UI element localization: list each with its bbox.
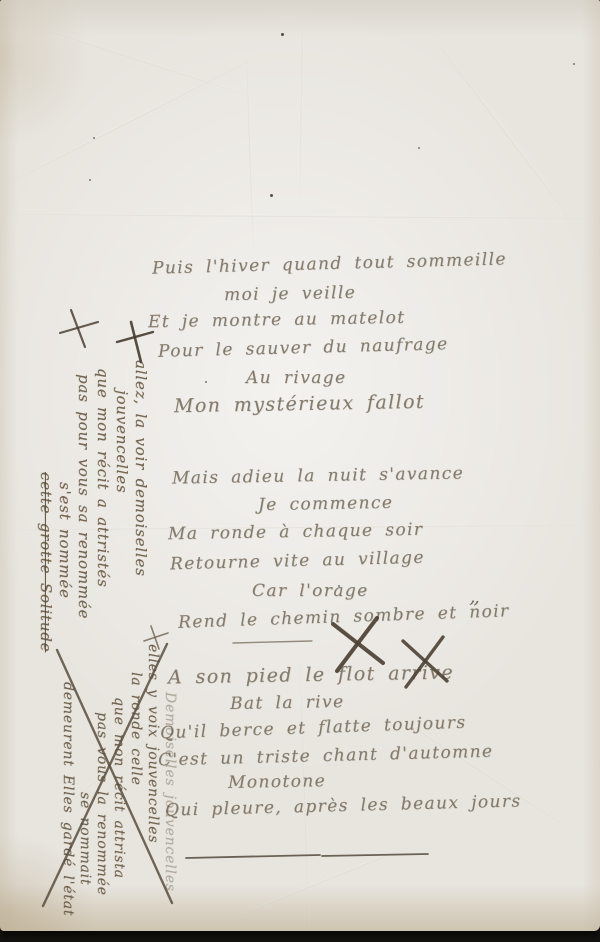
poem-line: Pour le sauver du naufrage	[158, 334, 449, 362]
paper-crease	[424, 25, 576, 226]
poem-line: Mais adieu la nuit s'avance	[172, 463, 464, 488]
end-divider-rule	[322, 854, 428, 856]
paper-crease	[26, 22, 255, 98]
paper-speck	[281, 33, 284, 36]
paper-speck	[573, 63, 575, 65]
poem-line: Au rivage	[246, 368, 346, 388]
margin-annotation-lower: Demoiselles jouvencelles elles y voix jo…	[59, 642, 178, 938]
poem-line: moi je veille	[224, 283, 357, 305]
paper-speck	[270, 194, 273, 197]
margin-line: que mon récit attrista	[110, 642, 127, 938]
poem-line: Qu'il berce et flatte toujours	[160, 713, 467, 744]
margin-line: pas pour vous sa renommée	[74, 332, 93, 648]
poem-line: C'est un triste chant d'automne	[158, 742, 494, 771]
poem-line: Et je montre au matelot	[148, 308, 406, 332]
poem-line: Mon mystérieux fallot	[174, 391, 425, 417]
margin-line: que mon récit a attristés	[93, 332, 112, 648]
poem-line: Retourne vite au village	[170, 548, 425, 575]
paper-crease	[0, 213, 600, 219]
paper-speck	[89, 179, 91, 181]
paper-crease	[299, 0, 304, 200]
margin-annotation-upper: allez, la voir demoiselles jouvencelles …	[36, 332, 150, 648]
paper-crease	[237, 840, 423, 917]
poem-line: Ma ronde à chaque soir	[168, 520, 424, 544]
paper-speck	[93, 137, 95, 139]
paper-speck	[418, 147, 420, 149]
margin-line: Demoiselles jouvencelles	[161, 642, 178, 938]
paper-crease	[246, 58, 255, 253]
poem-line: Qui pleure, après les beaux jours	[165, 791, 522, 820]
manuscript-paper: Puis l'hiver quand tout sommeille moi je…	[0, 0, 600, 931]
poem-line: Je commence	[258, 493, 394, 515]
margin-line: s'est nommée	[55, 332, 74, 648]
x-mark	[333, 624, 383, 663]
stanza-divider-rule	[233, 641, 312, 643]
margin-line: pas vous la renommée	[93, 642, 110, 938]
margin-line: jouvencelles	[112, 332, 131, 648]
end-divider-rule	[186, 855, 320, 858]
poem-line: Rend le chemin sombre et noir	[178, 601, 510, 633]
poem-line: Bat la rive	[230, 692, 345, 714]
margin-line: allez, la voir demoiselles	[131, 332, 150, 648]
paper-crease	[0, 52, 264, 190]
poem-line: Car l'orage	[252, 581, 369, 601]
margin-line: la ronde celle	[127, 642, 144, 938]
margin-line: se nommait	[76, 642, 93, 938]
poem-line: Puis l'hiver quand tout sommeille	[152, 249, 507, 278]
paper-speck	[205, 381, 207, 383]
poem-line: A son pied le flot arrive	[168, 662, 454, 689]
margin-line: elles y voix jouvencelles	[144, 642, 161, 938]
poem-line: Monotone	[228, 771, 326, 793]
margin-line: demeurent Elles gardé l'état	[59, 642, 76, 938]
margin-line-crossed-out: cette grotte Solitude	[36, 332, 55, 648]
